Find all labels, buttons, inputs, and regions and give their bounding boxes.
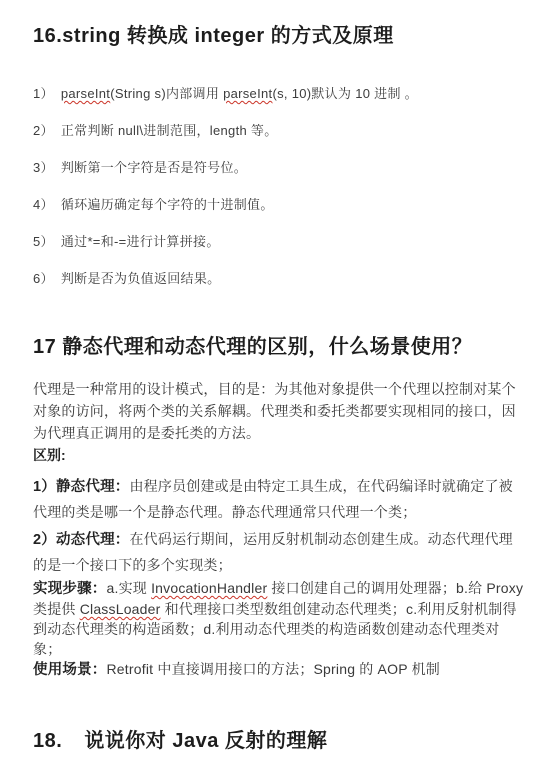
dynamic-proxy-lead: 2）动态代理： bbox=[33, 532, 129, 548]
static-proxy-lead: 1）静态代理： bbox=[33, 479, 129, 495]
list-item-text: 通过*=和-=进行计算拼接。 bbox=[61, 234, 220, 249]
list-item-text: (String s)内部调用 bbox=[110, 86, 223, 101]
spellchecked-word: ClassLoader bbox=[80, 601, 161, 617]
section16-heading: 16.string 转换成 integer 的方式及原理 bbox=[33, 22, 527, 50]
list-item-3: 3）判断第一个字符是否是符号位。 bbox=[33, 159, 527, 176]
list-item-number: 2） bbox=[33, 123, 54, 138]
list-item-number: 4） bbox=[33, 197, 54, 212]
static-proxy-paragraph: 1）静态代理：由程序员创建或是由特定工具生成，在代码编译时就确定了被代理的类是哪… bbox=[33, 474, 527, 525]
section17-intro: 代理是一种常用的设计模式，目的是：为其他对象提供一个代理以控制对某个对象的访问，… bbox=[33, 378, 527, 444]
usage-scenarios-lead: 使用场景： bbox=[33, 662, 107, 678]
spellchecked-word: parseInt bbox=[61, 86, 110, 101]
document-content: 16.string 转换成 integer 的方式及原理 1）parseInt(… bbox=[0, 0, 555, 755]
implementation-steps-paragraph: 实现步骤：a.实现 InvocationHandler 接口创建自己的调用处理器… bbox=[33, 578, 527, 659]
document-page: 16.string 转换成 integer 的方式及原理 1）parseInt(… bbox=[0, 0, 555, 761]
usage-scenarios-paragraph: 使用场景：Retrofit 中直接调用接口的方法；Spring 的 AOP 机制 bbox=[33, 659, 527, 680]
list-item-number: 6） bbox=[33, 271, 54, 286]
section17-heading: 17 静态代理和动态代理的区别，什么场景使用？ bbox=[33, 333, 527, 361]
section16-list: 1）parseInt(String s)内部调用 parseInt(s, 10)… bbox=[33, 85, 527, 287]
list-item-number: 5） bbox=[33, 234, 54, 249]
list-item-text: (s, 10)默认为 10 进制 。 bbox=[272, 86, 418, 101]
implementation-steps-lead: 实现步骤： bbox=[33, 581, 107, 597]
list-item-number: 3） bbox=[33, 160, 54, 175]
list-item-4: 4）循环遍历确定每个字符的十进制值。 bbox=[33, 196, 527, 213]
steps-text: a.实现 bbox=[107, 580, 152, 596]
list-item-2: 2）正常判断 null\进制范围，length 等。 bbox=[33, 122, 527, 139]
section18-number: 18. bbox=[33, 727, 62, 755]
usage-scenarios-text: Retrofit 中直接调用接口的方法；Spring 的 AOP 机制 bbox=[107, 661, 440, 677]
list-item-5: 5）通过*=和-=进行计算拼接。 bbox=[33, 233, 527, 250]
difference-label: 区别: bbox=[33, 444, 527, 466]
list-item-text: 循环遍历确定每个字符的十进制值。 bbox=[61, 197, 274, 212]
list-item-text: 正常判断 null\进制范围，length 等。 bbox=[61, 123, 278, 138]
spellchecked-word: parseInt bbox=[223, 86, 272, 101]
list-item-1: 1）parseInt(String s)内部调用 parseInt(s, 10)… bbox=[33, 85, 527, 102]
section18-title-text: 说说你对 Java 反射的理解 bbox=[84, 727, 327, 755]
spellchecked-word: InvocationHandler bbox=[151, 580, 267, 596]
list-item-6: 6）判断是否为负值返回结果。 bbox=[33, 270, 527, 287]
list-item-text: 判断是否为负值返回结果。 bbox=[61, 271, 221, 286]
section18-heading: 18.说说你对 Java 反射的理解 bbox=[33, 727, 527, 755]
list-item-text: 判断第一个字符是否是符号位。 bbox=[61, 160, 247, 175]
dynamic-proxy-paragraph: 2）动态代理：在代码运行期间，运用反射机制动态创建生成。动态代理代理的是一个接口… bbox=[33, 527, 527, 578]
list-item-number: 1） bbox=[33, 86, 54, 101]
